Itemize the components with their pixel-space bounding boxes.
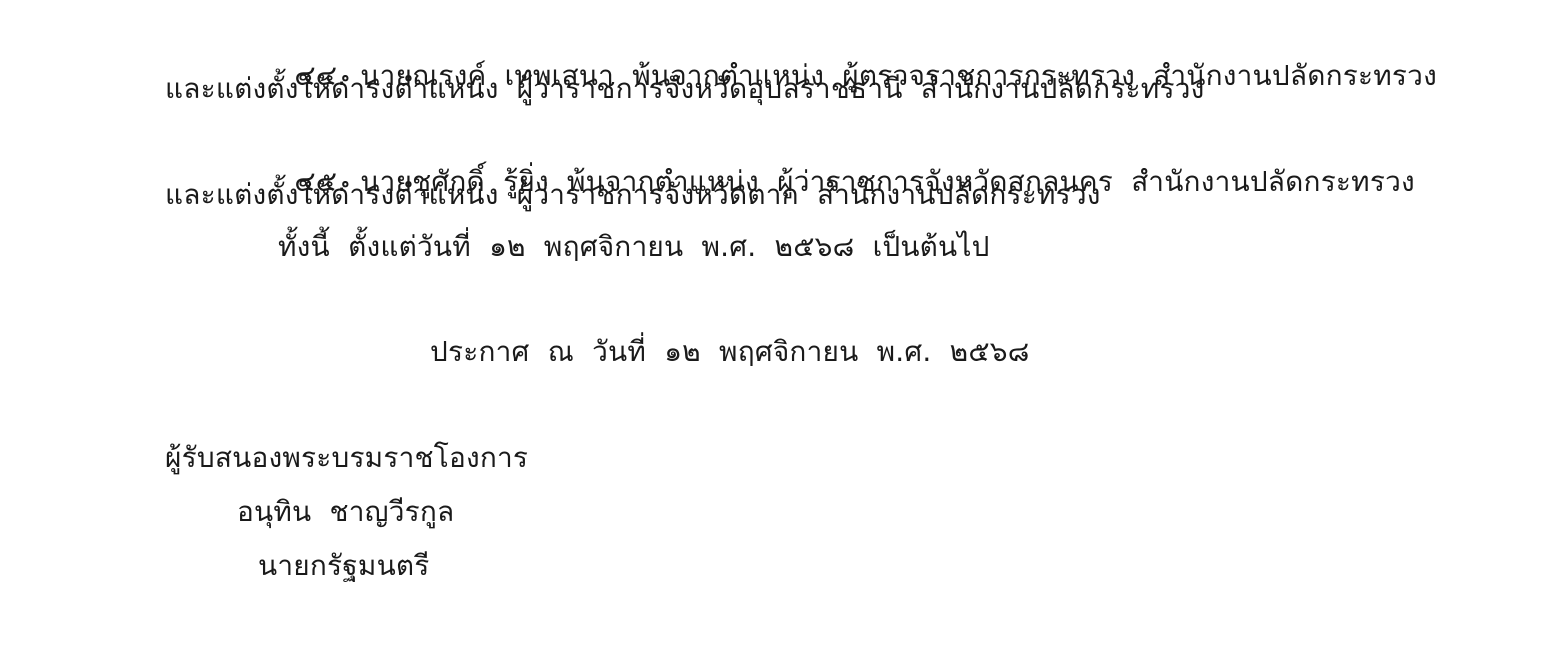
signatory-name: อนุทิน ชาญวีรกูล (237, 492, 454, 532)
item-44-second-line: และแต่งตั้งให้ดำรงตำแหน่ง ผู้ว่าราชการจั… (165, 69, 1205, 109)
signatory-title: นายกรัฐมนตรี (258, 546, 430, 586)
effective-date-line: ทั้งนี้ ตั้งแต่วันที่ ๑๒ พฤศจิกายน พ.ศ. … (278, 227, 990, 267)
item-45-second-line: และแต่งตั้งให้ดำรงตำแหน่ง ผู้ว่าราชการจั… (165, 175, 1101, 215)
announcement-date-line: ประกาศ ณ วันที่ ๑๒ พฤศจิกายน พ.ศ. ๒๕๖๘ (430, 332, 1030, 372)
countersign-label: ผู้รับสนองพระบรมราชโองการ (165, 438, 528, 478)
